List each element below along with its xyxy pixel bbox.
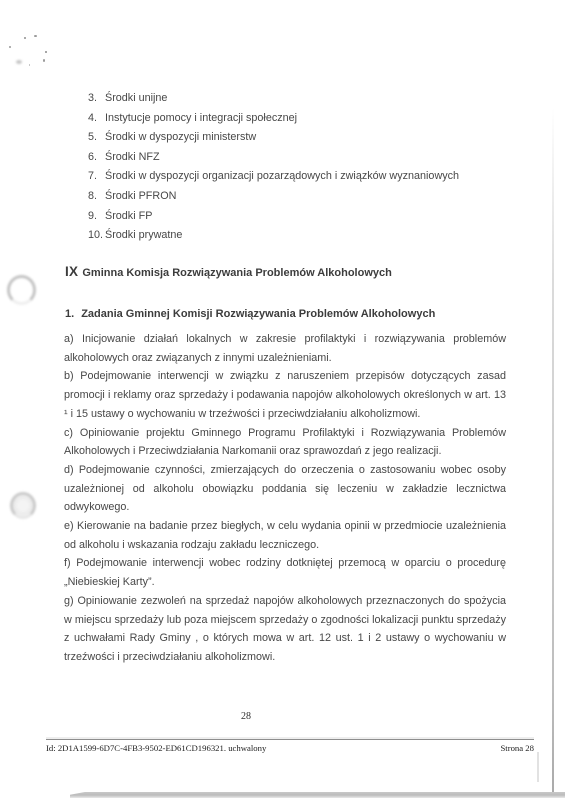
subsection-number: 1.	[65, 308, 74, 320]
list-item-number: 6.	[88, 151, 105, 171]
scan-speck	[43, 59, 45, 62]
list-item: 10. Środki prywatne	[88, 229, 459, 249]
section-heading: IXGminna Komisja Rozwiązywania Problemów…	[65, 264, 392, 279]
page-number: 28	[0, 711, 492, 722]
list-item-number: 10.	[88, 229, 105, 249]
list-item-text: Środki PFRON	[105, 190, 176, 210]
footer-page-label: Strona 28	[500, 743, 534, 753]
list-item: 5. Środki w dyspozycji ministerstw	[88, 131, 459, 151]
list-item-number: 7.	[88, 170, 105, 190]
list-item: 9. Środki FP	[88, 210, 459, 230]
list-item-text: Środki unijne	[105, 92, 167, 112]
scan-speck	[45, 51, 47, 53]
list-item: 3. Środki unijne	[88, 92, 459, 112]
scan-speck	[34, 35, 37, 37]
list-item-text: Środki w dyspozycji ministerstw	[105, 131, 256, 151]
scan-speck	[29, 64, 30, 66]
list-item: 8. Środki PFRON	[88, 190, 459, 210]
list-item-number: 3.	[88, 92, 105, 112]
binder-hole-shadow	[7, 275, 36, 305]
list-item-number: 4.	[88, 112, 105, 132]
section-title: Gminna Komisja Rozwiązywania Problemów A…	[82, 267, 391, 279]
paragraph-e: e) Kierowanie na badanie przez biegłych,…	[64, 517, 506, 554]
section-numeral: IX	[65, 264, 78, 279]
scanned-document-page: 3. Środki unijne 4. Instytucje pomocy i …	[0, 0, 565, 800]
paragraph-g: g) Opiniowanie zezwoleń na sprzedaż napo…	[64, 592, 506, 667]
task-paragraphs: a) Inicjowanie działań lokalnych w zakre…	[64, 330, 506, 667]
page-edge-shadow-bottom	[70, 792, 565, 798]
list-item-text: Środki prywatne	[105, 229, 182, 249]
list-item-number: 5.	[88, 131, 105, 151]
document-id: Id: 2D1A1599-6D7C-4FB3-9502-ED61CD196321…	[46, 743, 266, 753]
subsection-heading: 1. Zadania Gminnej Komisji Rozwiązywania…	[65, 308, 435, 320]
funding-sources-list: 3. Środki unijne 4. Instytucje pomocy i …	[88, 92, 459, 249]
paragraph-c: c) Opiniowanie projektu Gminnego Program…	[64, 424, 506, 461]
list-item-number: 9.	[88, 210, 105, 230]
scan-speck	[24, 37, 26, 39]
paragraph-f: f) Podejmowanie interwencji wobec rodzin…	[64, 554, 506, 591]
list-item: 4. Instytucje pomocy i integracji społec…	[88, 112, 459, 132]
list-item-text: Instytucje pomocy i integracji społeczne…	[105, 112, 297, 132]
subsection-title: Zadania Gminnej Komisji Rozwiązywania Pr…	[81, 308, 435, 320]
page-edge-shadow-right	[552, 108, 554, 794]
page-fold-line	[537, 752, 539, 782]
scan-speck	[9, 46, 11, 48]
paragraph-b: b) Podejmowanie interwencji w związku z …	[64, 367, 506, 423]
list-item-text: Środki w dyspozycji organizacji pozarząd…	[105, 170, 459, 190]
list-item: 7. Środki w dyspozycji organizacji pozar…	[88, 170, 459, 190]
paragraph-a: a) Inicjowanie działań lokalnych w zakre…	[64, 330, 506, 367]
list-item-text: Środki FP	[105, 210, 152, 230]
footer-divider	[46, 739, 534, 740]
scan-speck	[16, 60, 22, 64]
binder-hole-shadow	[10, 492, 36, 519]
list-item-text: Środki NFZ	[105, 151, 160, 171]
paragraph-d: d) Podejmowanie czynności, zmierzających…	[64, 461, 506, 517]
list-item-number: 8.	[88, 190, 105, 210]
list-item: 6. Środki NFZ	[88, 151, 459, 171]
footer: Id: 2D1A1599-6D7C-4FB3-9502-ED61CD196321…	[46, 743, 534, 753]
